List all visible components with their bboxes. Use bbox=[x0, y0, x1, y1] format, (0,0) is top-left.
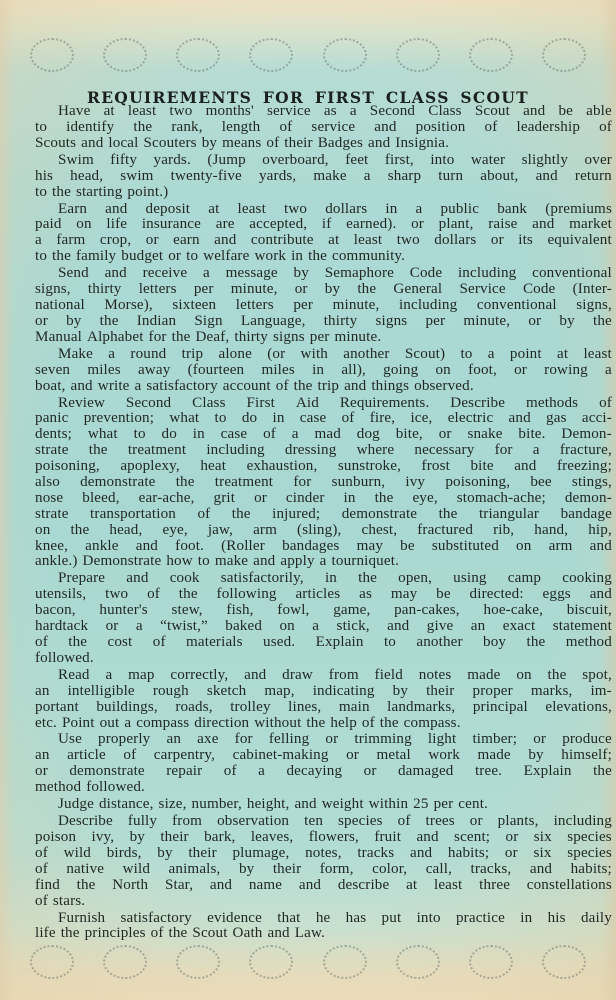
text-line: utensils,twoofthefollowingarticlesasmayb… bbox=[35, 587, 612, 603]
stamp-mark bbox=[396, 945, 440, 979]
stamp-mark bbox=[542, 38, 586, 72]
text-line: Earnanddepositatleasttwodollarsinapublic… bbox=[58, 202, 612, 218]
text-line: SendandreceiveamessagebySemaphoreCodeinc… bbox=[58, 266, 612, 282]
stamp-mark bbox=[323, 945, 367, 979]
stamp-mark bbox=[249, 945, 293, 979]
text-line: poisoning,apoplexy,heatexhaustion,sunstr… bbox=[35, 459, 612, 475]
text-line: ManualAlphabetfortheDeaf,thirtysignsperm… bbox=[35, 330, 612, 346]
text-line: hardtackora“twist,”bakedonastick,andgive… bbox=[35, 619, 612, 635]
requirement-axe: Useproperlyanaxeforfellingortrimmingligh… bbox=[55, 732, 612, 796]
stamp-mark bbox=[249, 38, 293, 72]
text-line: tothestartingpoint.) bbox=[35, 185, 612, 201]
requirement-cooking: Prepareandcooksatisfactorily,intheopen,u… bbox=[55, 571, 612, 666]
text-line: methodfollowed. bbox=[35, 780, 612, 796]
text-line: Swimfiftyyards.(Jumpoverboard,feetfirst,… bbox=[58, 153, 612, 169]
text-line: Readamapcorrectly,anddrawfromfieldnotesm… bbox=[58, 668, 612, 684]
faded-stamp-marks-bottom bbox=[30, 945, 586, 981]
text-line: Furnishsatisfactoryevidencethathehasputi… bbox=[58, 911, 612, 927]
text-line: Describefullyfromobservationtenspeciesof… bbox=[58, 814, 612, 830]
text-line: orbytheIndianSignLanguage,thirtysignsper… bbox=[35, 314, 612, 330]
text-line: ReviewSecondClassFirstAidRequirements.De… bbox=[58, 396, 612, 412]
text-line: stratethetreatmentincludingdressingwhere… bbox=[35, 443, 612, 459]
stamp-mark bbox=[542, 945, 586, 979]
text-line: anarticleofcarpentry,cabinet-makingormet… bbox=[35, 748, 612, 764]
stamp-mark bbox=[103, 38, 147, 72]
stamp-mark bbox=[176, 945, 220, 979]
text-line: Prepareandcooksatisfactorily,intheopen,u… bbox=[58, 571, 612, 587]
requirements-body: Haveatleasttwomonths'serviceasaSecondCla… bbox=[55, 104, 612, 943]
text-line: anintelligibleroughsketchmap,indicatingb… bbox=[35, 684, 612, 700]
text-line: ordemonstraterepairofadecayingordamagedt… bbox=[35, 764, 612, 780]
text-line: ankle.)Demonstratehowtomakeandapplyatour… bbox=[35, 554, 612, 570]
requirement-nature: Describefullyfromobservationtenspeciesof… bbox=[55, 814, 612, 909]
requirement-swim: Swimfiftyyards.(Jumpoverboard,feetfirst,… bbox=[55, 153, 612, 201]
text-line: tothefamilybudgetortowelfareworkinthecom… bbox=[35, 249, 612, 265]
text-line: ScoutsandlocalScoutersbymeansoftheirBadg… bbox=[35, 136, 612, 152]
text-line: alsodemonstratethetreatmentforsunburn,iv… bbox=[35, 475, 612, 491]
requirement-signaling: SendandreceiveamessagebySemaphoreCodeinc… bbox=[55, 266, 612, 345]
text-line: Haveatleasttwomonths'serviceasaSecondCla… bbox=[58, 104, 612, 120]
text-line: ofthecostofmaterialsused.Explaintoanothe… bbox=[35, 635, 612, 651]
text-line: sevenmilesaway(fourteenmilesinall),going… bbox=[35, 363, 612, 379]
stamp-mark bbox=[469, 945, 513, 979]
stamp-mark bbox=[323, 38, 367, 72]
text-line: afarmcrop,orearnandcontributeatleasttwod… bbox=[35, 233, 612, 249]
stamp-mark bbox=[103, 945, 147, 979]
text-line: panicprevention;whattodoincaseoffire,ice… bbox=[35, 411, 612, 427]
text-line: poisonivy,bytheirbark,leaves,flowers,fru… bbox=[35, 830, 612, 846]
text-line: portantbuildings,roads,trolleylines,main… bbox=[35, 700, 612, 716]
text-line: dents;whattodoincaseofamaddogbite,orsnak… bbox=[35, 427, 612, 443]
text-line: Useproperlyanaxeforfellingortrimmingligh… bbox=[58, 732, 612, 748]
stamp-mark bbox=[30, 945, 74, 979]
requirement-first-aid: ReviewSecondClassFirstAidRequirements.De… bbox=[55, 396, 612, 571]
text-line: onthehead,eye,jaw,arm(sling),chest,fract… bbox=[35, 523, 612, 539]
requirement-round-trip: Makearoundtripalone(orwithanotherScout)t… bbox=[55, 347, 612, 395]
requirement-oath-law: Furnishsatisfactoryevidencethathehasputi… bbox=[55, 911, 612, 943]
text-line: signs,thirtylettersperminute,orbytheGene… bbox=[35, 282, 612, 298]
text-line: stratetransportationoftheinjured;demonst… bbox=[35, 507, 612, 523]
text-line: Makearoundtripalone(orwithanotherScout)t… bbox=[58, 347, 612, 363]
text-line: toidentifytherank,lengthofserviceandposi… bbox=[35, 120, 612, 136]
text-line: followed. bbox=[35, 651, 612, 667]
document-page: REQUIREMENTS FOR FIRST CLASS SCOUT Havea… bbox=[0, 0, 616, 1000]
text-line: hishead,swimtwenty-fiveyards,makeasharpt… bbox=[35, 169, 612, 185]
requirement-judge-distance: Judgedistance,size,number,height,andweig… bbox=[55, 797, 612, 813]
requirement-map: Readamapcorrectly,anddrawfromfieldnotesm… bbox=[55, 668, 612, 732]
text-line: etc.Pointoutacompassdirectionwithouttheh… bbox=[35, 716, 612, 732]
text-line: ofnativewildanimals,bytheirform,color,ca… bbox=[35, 862, 612, 878]
stamp-mark bbox=[396, 38, 440, 72]
text-line: paidonlifeinsuranceareaccepted,ifearned)… bbox=[35, 217, 612, 233]
text-line: knee,ankleandfoot.(Rollerbandagesmaybesu… bbox=[35, 539, 612, 555]
requirement-earn-deposit: Earnanddepositatleasttwodollarsinapublic… bbox=[55, 202, 612, 266]
text-line: nosebleed,ear-ache,gritorcinderintheeye,… bbox=[35, 491, 612, 507]
faded-stamp-marks-top bbox=[30, 38, 586, 74]
stamp-mark bbox=[30, 38, 74, 72]
text-line: ofwildbirds,bytheirplumage,notes,tracksa… bbox=[35, 846, 612, 862]
text-line: nationalMorse),sixteenlettersperminute,i… bbox=[35, 298, 612, 314]
stamp-mark bbox=[176, 38, 220, 72]
text-line: ofstars. bbox=[35, 894, 612, 910]
text-line: lifetheprinciplesoftheScoutOathandLaw. bbox=[35, 926, 612, 942]
text-line: Judgedistance,size,number,height,andweig… bbox=[58, 797, 612, 813]
stamp-mark bbox=[469, 38, 513, 72]
requirement-service: Haveatleasttwomonths'serviceasaSecondCla… bbox=[55, 104, 612, 152]
text-line: boat,andwriteasatisfactoryaccountofthetr… bbox=[35, 379, 612, 395]
text-line: bacon,hunter'sstew,fish,fowl,game,pan-ca… bbox=[35, 603, 612, 619]
text-line: findtheNorthStar,andnameanddescribeatlea… bbox=[35, 878, 612, 894]
